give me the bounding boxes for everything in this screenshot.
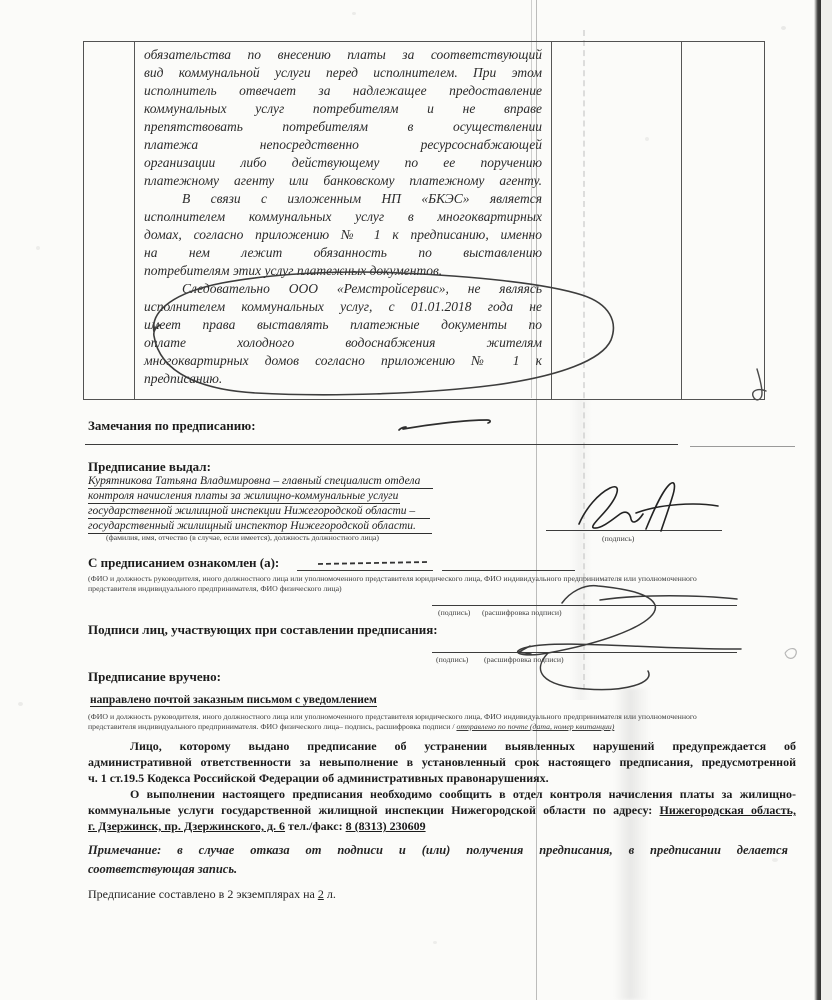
- remarks-rule: [85, 444, 678, 445]
- text-line: платежа непосредственно ресурсоснабжающе…: [144, 136, 542, 154]
- faint-curl-mark: [785, 649, 796, 659]
- delivery-method: направлено почтой заказным письмом с уве…: [90, 694, 377, 707]
- text-line: потребителям этих услуг платежных докуме…: [144, 262, 542, 280]
- note-line: соответствующая запись.: [88, 860, 788, 879]
- scan-speck: [36, 246, 40, 250]
- issued-by-line: контроля начисления платы за жилищно-ком…: [88, 489, 400, 504]
- issued-by-line: государственный жилищный инспектор Нижег…: [88, 519, 432, 534]
- text-line: предписанию.: [144, 370, 542, 388]
- scan-smudge: [570, 400, 592, 700]
- table-divider: [551, 42, 552, 399]
- participants-sign-caption: (подпись): [436, 655, 468, 665]
- acquainted-decode-caption: (расшифровка подписи): [482, 608, 562, 618]
- text-line: исполнитель отвечает за надлежащее предо…: [144, 82, 542, 100]
- flourish-stroke: [518, 586, 741, 655]
- handwritten-dashes: [318, 562, 428, 564]
- participants-label: Подписи лиц, участвующих при составлении…: [88, 622, 438, 638]
- copies-text: Предписание составлено в 2 экземплярах н…: [88, 887, 318, 901]
- acquainted-caption-1: (ФИО и должность руководителя, иного дол…: [88, 574, 697, 584]
- scan-speck: [18, 702, 23, 706]
- note-line: Примечание: в случае отказа от подписи и…: [88, 841, 788, 860]
- warning-line: г. Дзержинск, пр. Дзержинского, д. 6 тел…: [88, 818, 796, 834]
- text-line: организации либо действующему по ее пору…: [144, 154, 542, 172]
- scan-speck: [433, 941, 437, 944]
- text-line: на нем лежит обязанность по выставлению: [144, 244, 542, 262]
- participants-sign-line: [432, 652, 737, 653]
- text-line: препятствовать потребителям в осуществле…: [144, 118, 542, 136]
- issued-by-text: Курятникова Татьяна Владимировна – главн…: [88, 474, 433, 534]
- scan-speck: [352, 12, 356, 15]
- remarks-label: Замечания по предписанию:: [88, 418, 256, 434]
- issued-by-caption: (фамилия, имя, отчество (в случае, если …: [106, 533, 379, 543]
- copies-text-2: л.: [324, 887, 336, 901]
- warning-line: административной ответственности за невы…: [88, 754, 796, 770]
- delivered-caption-2-plain: представителя индивидуального предприним…: [88, 722, 456, 731]
- scan-speck: [781, 26, 786, 30]
- warning-line-text: коммунальные услуги государственной жили…: [88, 803, 660, 817]
- text-line: имеет права выставлять платежные докумен…: [144, 316, 542, 334]
- issued-by-line: Курятникова Татьяна Владимировна – главн…: [88, 474, 433, 489]
- remarks-rule-faint: [690, 446, 795, 447]
- scanned-document-page: обязательства по внесению платы за соотв…: [0, 0, 832, 1000]
- prescription-text-cell: обязательства по внесению платы за соотв…: [135, 42, 551, 388]
- phone-underlined: 8 (8313) 230609: [346, 819, 426, 833]
- address-underlined: Нижегородская область,: [660, 803, 796, 817]
- text-line: коммунальных услуг потребителям и не впр…: [144, 100, 542, 118]
- delivered-caption-2: представителя индивидуального предприним…: [88, 722, 614, 732]
- issued-by-label: Предписание выдал:: [88, 459, 211, 475]
- text-line: Следовательно ООО «Ремстройсервис», не я…: [144, 280, 542, 298]
- acquainted-sign-caption: (подпись): [438, 608, 470, 618]
- note-paragraph: Примечание: в случае отказа от подписи и…: [88, 841, 788, 879]
- delivered-caption-1: (ФИО и должность руководителя, иного дол…: [88, 712, 697, 722]
- text-line: обязательства по внесению платы за соотв…: [144, 46, 542, 64]
- warning-line: Лицо, которому выдано предписание об уст…: [88, 738, 796, 754]
- scanner-background: [821, 0, 832, 1000]
- copies-line: Предписание составлено в 2 экземплярах н…: [88, 887, 336, 902]
- acquainted-sign-line: [432, 605, 737, 606]
- text-line: В связи с изложенным НП «БКЭС» является: [144, 190, 542, 208]
- warning-line: коммунальные услуги государственной жили…: [88, 802, 796, 818]
- prescription-table: обязательства по внесению платы за соотв…: [83, 41, 765, 400]
- delivered-label: Предписание вручено:: [88, 669, 221, 685]
- flourish-stroke: [600, 596, 737, 600]
- acquainted-caption-2: представителя индивидуального предприним…: [88, 584, 342, 594]
- page-edge-shadow: [814, 0, 821, 1000]
- text-line: домах, согласно приложению № 1 к предпис…: [144, 226, 542, 244]
- acquainted-underline: [442, 570, 575, 571]
- issuer-signature-line: [546, 530, 722, 531]
- note-text: в случае отказа от подписи и (или) получ…: [161, 843, 788, 857]
- acquainted-underline: [297, 570, 433, 571]
- text-line: вид коммунальной услуги перед исполнител…: [144, 64, 542, 82]
- note-label: Примечание:: [88, 843, 161, 857]
- delivered-caption-2-underlined: отправлено по почте (дата, номер квитанц…: [456, 722, 614, 731]
- text-line: оплате холодного водоснабжения жителям: [144, 334, 542, 352]
- issuer-signature-stroke: [646, 483, 674, 531]
- flourish-signature: [518, 586, 741, 690]
- text-line: исполнителем коммунальных услуг в многок…: [144, 208, 542, 226]
- participants-decode-caption: (расшифровка подписи): [484, 655, 564, 665]
- acquainted-label: С предписанием ознакомлен (а):: [88, 555, 279, 571]
- issued-by-line: государственной жилищной инспекции Нижег…: [88, 504, 430, 519]
- warning-line: ч. 1 ст.19.5 Кодекса Российской Федераци…: [88, 770, 796, 786]
- issuer-signature: [579, 483, 718, 531]
- text-line: платежному агенту или банковскому платеж…: [144, 172, 542, 190]
- text-line: исполнителем коммунальных услуг, с 01.01…: [144, 298, 542, 316]
- handwritten-dash: [399, 420, 490, 430]
- warning-paragraph: Лицо, которому выдано предписание об уст…: [88, 738, 796, 834]
- warning-line: О выполнении настоящего предписания необ…: [88, 786, 796, 802]
- issuer-sign-caption: (подпись): [602, 534, 634, 544]
- address-underlined: г. Дзержинск, пр. Дзержинского, д. 6: [88, 819, 285, 833]
- table-divider: [681, 42, 682, 399]
- text-line: многоквартирных домов согласно приложени…: [144, 352, 542, 370]
- issuer-signature-stroke: [636, 504, 718, 513]
- warning-line-text: тел./факс:: [285, 819, 346, 833]
